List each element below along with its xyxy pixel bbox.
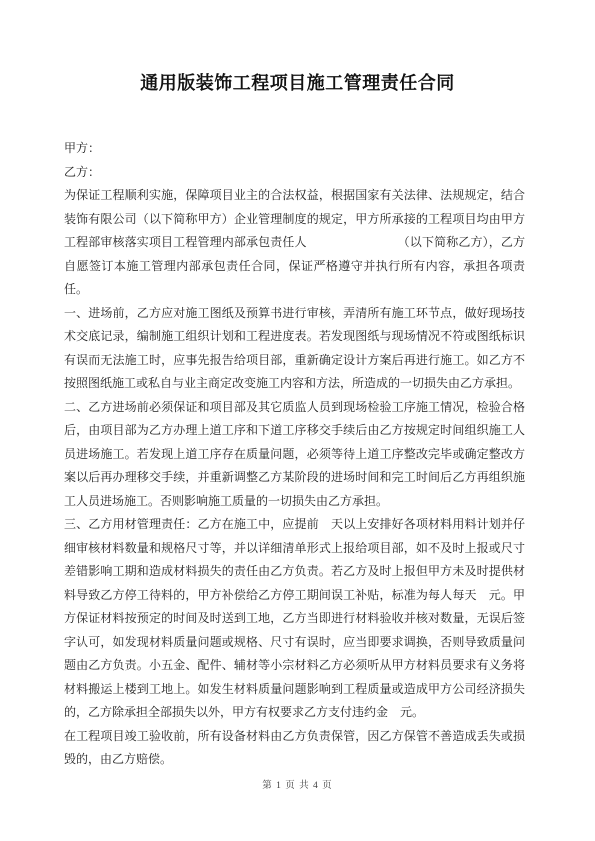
document-title: 通用版装饰工程项目施工管理责任合同 <box>0 70 595 96</box>
contract-paragraph-intro: 为保证工程顺利实施，保障项目业主的合法权益，根据国家有关法律、法规规定，结合装饰… <box>64 184 525 302</box>
contract-paragraph-clause-1: 一、进场前，乙方应对施工图纸及预算书进行审核，弄清所有施工环节点，做好现场技术交… <box>64 302 525 396</box>
party-a-line: 甲方： <box>64 137 525 161</box>
page-number: 第 1 页 共 4 页 <box>0 777 595 791</box>
contract-paragraph-storage: 在工程项目竣工验收前，所有设备材料由乙方负责保管，因乙方保管不善造成丢失或损毁的… <box>64 725 525 772</box>
contract-paragraph-clause-2: 二、乙方进场前必须保证和项目部及其它质监人员到现场检验工序施工情况，检验合格后，… <box>64 396 525 514</box>
party-b-line: 乙方： <box>64 161 525 185</box>
contract-body: 甲方： 乙方： 为保证工程顺利实施，保障项目业主的合法权益，根据国家有关法律、法… <box>64 137 525 772</box>
contract-paragraph-clause-3: 三、乙方用材管理责任：乙方在施工中，应提前 天以上安排好各项材料用料计划并仔细审… <box>64 513 525 725</box>
document-page: 通用版装饰工程项目施工管理责任合同 甲方： 乙方： 为保证工程顺利实施，保障项目… <box>0 0 595 841</box>
